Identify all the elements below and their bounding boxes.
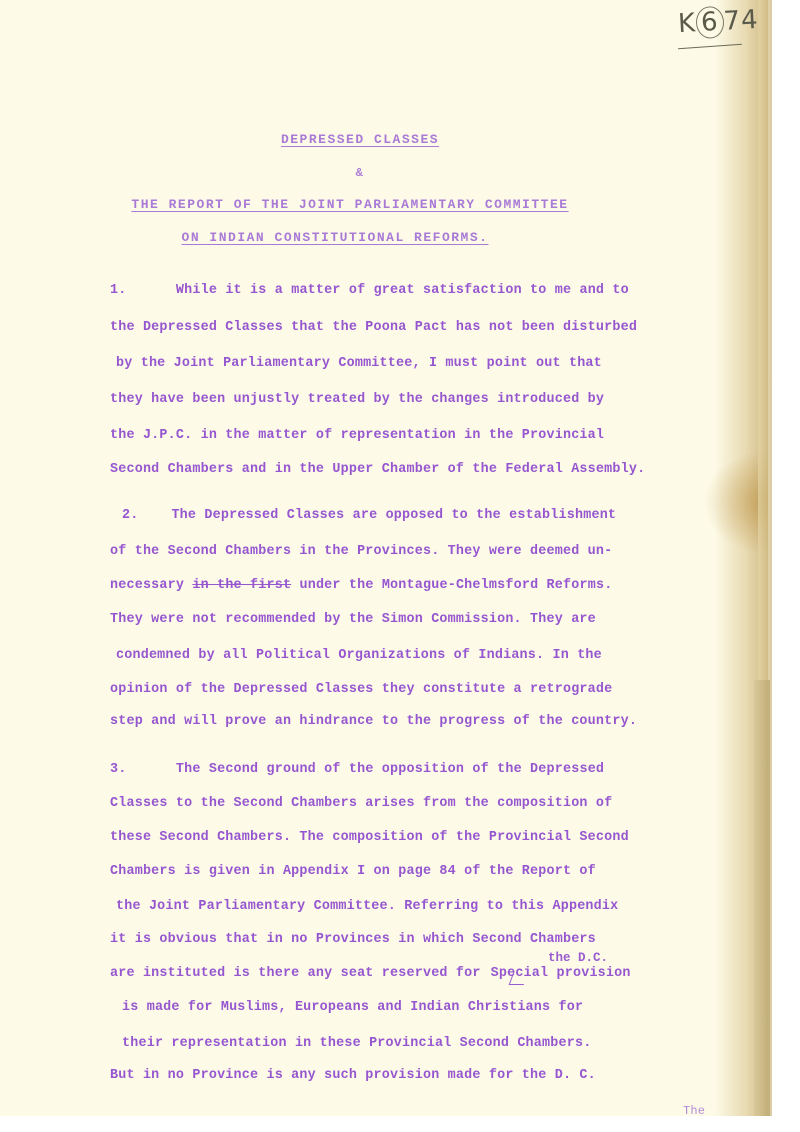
title-line-1: DEPRESSED CLASSES bbox=[40, 132, 680, 147]
archive-mark-prefix: K bbox=[677, 8, 697, 39]
paragraph-3-line: Classes to the Second Chambers arises fr… bbox=[110, 796, 612, 811]
paragraph-3-line: 3. The Second ground of the opposition o… bbox=[110, 762, 604, 777]
paragraph-2-line: opinion of the Depressed Classes they co… bbox=[110, 682, 612, 697]
paragraph-2-line: necessary in the first under the Montagu… bbox=[110, 578, 612, 593]
paragraph-1-line: 1. While it is a matter of great satisfa… bbox=[110, 283, 629, 298]
paragraph-2-line: They were not recommended by the Simon C… bbox=[110, 612, 596, 627]
paragraph-1-line: the Depressed Classes that the Poona Pac… bbox=[110, 320, 637, 335]
paragraph-number: 2. bbox=[122, 508, 138, 523]
paragraph-3-line: these Second Chambers. The composition o… bbox=[110, 830, 629, 845]
text-line: The Second ground of the opposition of t… bbox=[176, 762, 604, 777]
paragraph-3-line: Chambers is given in Appendix I on page … bbox=[110, 864, 596, 879]
paragraph-3-line: is made for Muslims, Europeans and India… bbox=[122, 1000, 583, 1015]
paragraph-1-line: Second Chambers and in the Upper Chamber… bbox=[110, 462, 645, 477]
paragraph-2-line: 2. The Depressed Classes are opposed to … bbox=[122, 508, 616, 523]
paragraph-2-line: condemned by all Political Organizations… bbox=[116, 648, 602, 663]
text-line: The Depressed Classes are opposed to the… bbox=[171, 508, 616, 523]
paragraph-1-line: the J.P.C. in the matter of representati… bbox=[110, 428, 604, 443]
paragraph-3-line: are instituted is there any seat reserve… bbox=[110, 966, 631, 981]
paragraph-2-line: step and will prove an hindrance to the … bbox=[110, 714, 637, 729]
title-line-4: ON INDIAN CONSTITUTIONAL REFORMS. bbox=[15, 230, 655, 245]
paragraph-3-line: it is obvious that in no Provinces in wh… bbox=[110, 932, 596, 947]
paragraph-3-line: their representation in these Provincial… bbox=[122, 1036, 591, 1051]
paragraph-2-line: of the Second Chambers in the Provinces.… bbox=[110, 544, 612, 559]
paragraph-3-line: But in no Province is any such provision… bbox=[110, 1068, 596, 1083]
text-line: are instituted is there any seat reserve… bbox=[110, 966, 481, 981]
paragraph-3-line: the Joint Parliamentary Committee. Refer… bbox=[116, 899, 618, 914]
paragraph-1-line: by the Joint Parliamentary Committee, I … bbox=[116, 356, 602, 371]
interlinear-insertion: the D.C. bbox=[548, 951, 608, 965]
archive-mark-suffix: 74 bbox=[723, 5, 760, 37]
text-line: Special provision bbox=[491, 966, 631, 981]
paragraph-1-line: they have been unjustly treated by the c… bbox=[110, 392, 604, 407]
struck-through-text: in the first bbox=[192, 578, 291, 593]
paragraph-number: 3. bbox=[110, 762, 126, 777]
text-line: While it is a matter of great satisfacti… bbox=[176, 283, 629, 298]
archive-mark-circled: 6 bbox=[695, 6, 724, 39]
paragraph-number: 1. bbox=[110, 283, 126, 298]
text-line: necessary bbox=[110, 578, 184, 593]
title-line-3: THE REPORT OF THE JOINT PARLIAMENTARY CO… bbox=[30, 197, 670, 212]
text-line: under the Montague-Chelmsford Reforms. bbox=[299, 578, 612, 593]
title-ampersand: & bbox=[40, 166, 680, 180]
paper-edge-tape-lower bbox=[754, 680, 770, 1116]
catchword: The bbox=[683, 1104, 705, 1118]
archive-reference-mark: K674 bbox=[677, 4, 759, 40]
